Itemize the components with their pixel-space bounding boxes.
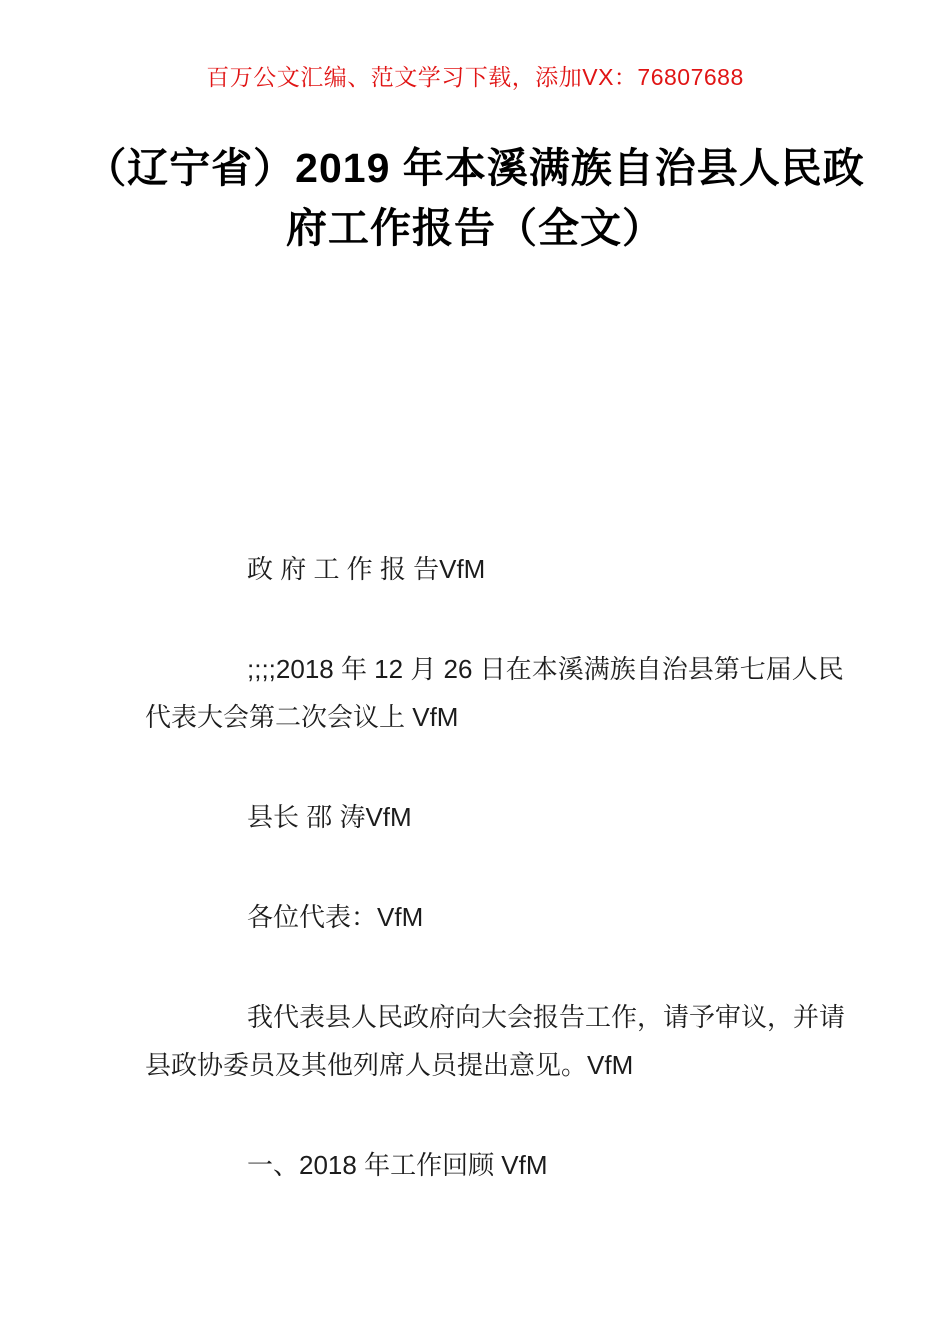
- document-title-line-2: 府工作报告（全文）: [0, 198, 950, 258]
- document-title-line-1: （辽宁省）2019 年本溪满族自治县人民政: [0, 138, 950, 198]
- paragraph-section-heading: 一、2018 年工作回顾 VfM: [145, 1141, 857, 1189]
- document-body: 政 府 工 作 报 告VfM ;;;;2018 年 12 月 26 日在本溪满族…: [0, 545, 950, 1189]
- paragraph-report-heading: 政 府 工 作 报 告VfM: [145, 545, 857, 593]
- paragraph-meeting-info: ;;;;2018 年 12 月 26 日在本溪满族自治县第七届人民代表大会第二次…: [145, 645, 857, 741]
- paragraph-salutation: 各位代表：VfM: [145, 893, 857, 941]
- paragraph-intro: 我代表县人民政府向大会报告工作，请予审议，并请县政协委员及其他列席人员提出意见。…: [145, 993, 857, 1089]
- document-page: 百万公文汇编、范文学习下载，添加VX：76807688 （辽宁省）2019 年本…: [0, 0, 950, 1344]
- promo-header-text: 百万公文汇编、范文学习下载，添加VX：76807688: [0, 0, 950, 92]
- document-title: （辽宁省）2019 年本溪满族自治县人民政 府工作报告（全文）: [0, 138, 950, 258]
- paragraph-author: 县长 邵 涛VfM: [145, 793, 857, 841]
